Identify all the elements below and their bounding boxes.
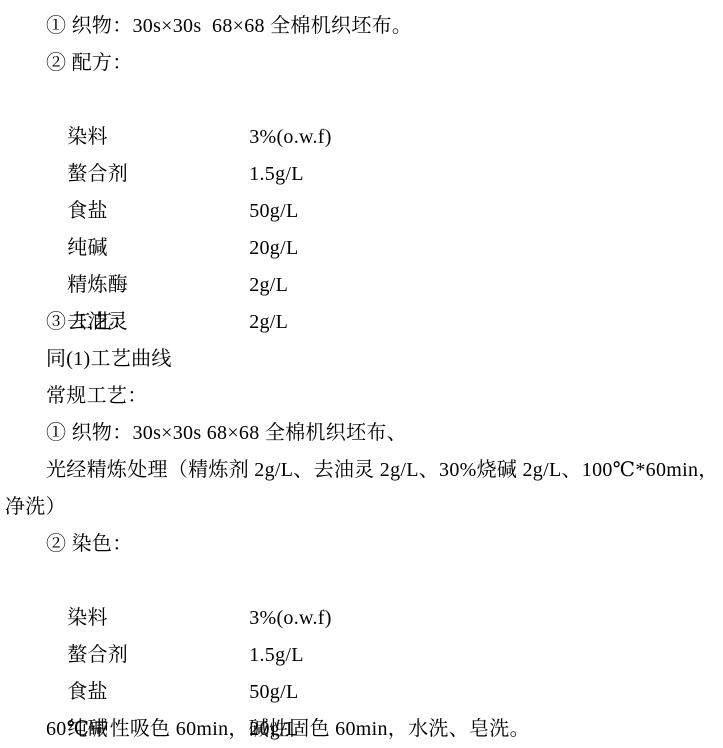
recipe-label: 染料 <box>67 119 249 156</box>
recipe-label: 精炼酶 <box>67 267 249 304</box>
recipe-value: 1.5g/L <box>249 644 304 666</box>
recipe-value: 50g/L <box>249 681 298 703</box>
doc-line-fabric-2: ① 织物：30s×30s 68×68 全棉机织坯布、 <box>0 415 723 452</box>
recipe-value: 2g/L <box>249 311 288 333</box>
recipe-value: 20g/L <box>249 237 298 259</box>
doc-line-clean-wash-wrap: 净洗） <box>0 489 723 526</box>
doc-line-recipe-heading: ② 配方： <box>0 45 723 82</box>
recipe-value: 3%(o.w.f) <box>249 126 332 148</box>
doc-line-fabric-1: ① 织物：30s×30s 68×68 全棉机织坯布。 <box>0 8 723 45</box>
recipe-value: 3%(o.w.f) <box>249 607 332 629</box>
recipe-label: 食盐 <box>67 193 249 230</box>
doc-line-conventional-process: 常规工艺： <box>0 378 723 415</box>
recipe-value: 50g/L <box>249 200 298 222</box>
document-page: ① 织物：30s×30s 68×68 全棉机织坯布。 ② 配方： 染料3%(o.… <box>0 0 723 748</box>
recipe-label: 螯合剂 <box>67 637 249 674</box>
recipe-label: 染料 <box>67 600 249 637</box>
recipe-label: 螯合剂 <box>67 156 249 193</box>
recipe-value: 2g/L <box>249 274 288 296</box>
recipe-row-dye-2: 染料3%(o.w.f) <box>0 563 723 600</box>
doc-line-same-as-curve: 同(1)工艺曲线 <box>0 341 723 378</box>
recipe-value: 1.5g/L <box>249 163 304 185</box>
doc-line-process-heading: ③ 工艺： <box>0 304 723 341</box>
recipe-row-dye-1: 染料3%(o.w.f) <box>0 82 723 119</box>
recipe-label: 纯碱 <box>67 230 249 267</box>
doc-line-dyeing-conditions: 60℃中性吸色 60min，碱性固色 60min，水洗、皂洗。 <box>0 711 723 748</box>
doc-line-scouring-treatment: 光经精炼处理（精炼剂 2g/L、去油灵 2g/L、30%烧碱 2g/L、100℃… <box>0 452 723 489</box>
recipe-label: 食盐 <box>67 674 249 711</box>
doc-line-dyeing-heading: ② 染色： <box>0 526 723 563</box>
